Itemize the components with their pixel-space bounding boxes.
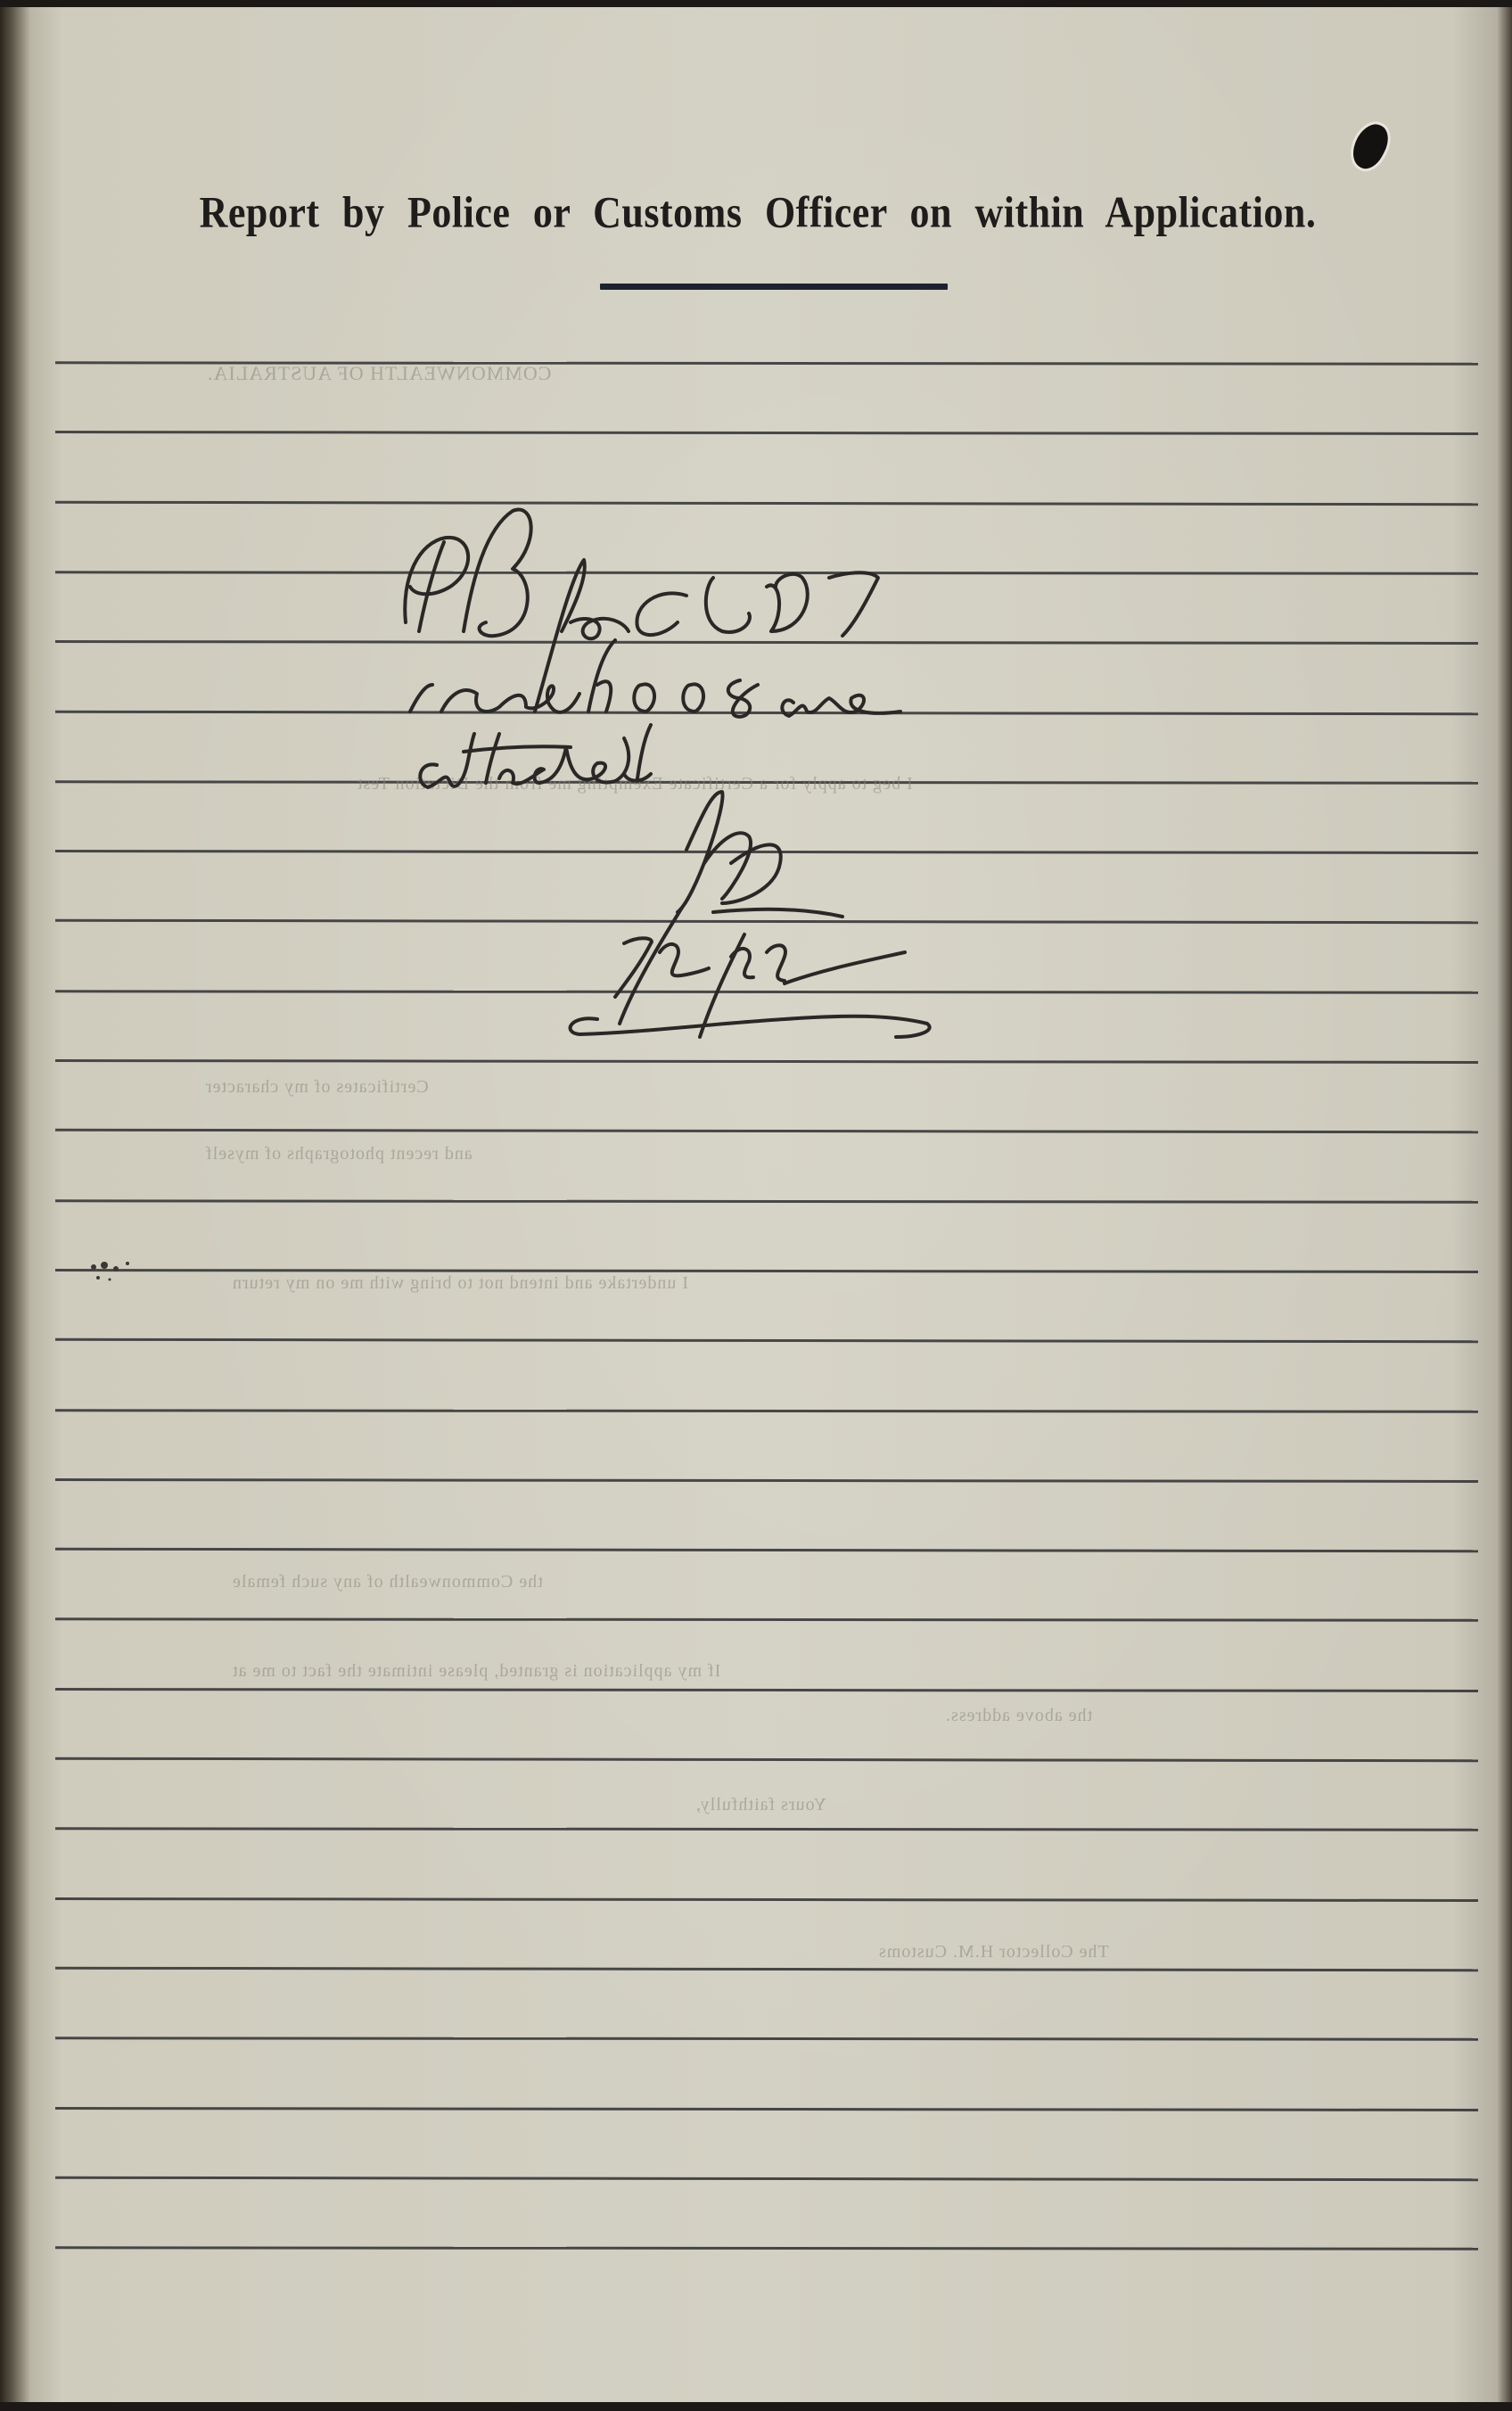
bleed-through-line: the above address. xyxy=(945,1706,1092,1726)
ruled-line xyxy=(55,571,1478,574)
heading-underline-rule xyxy=(600,284,948,290)
ink-speck-marks xyxy=(85,1251,147,1287)
bleed-through-line: the Commonwealth of any such female xyxy=(232,1572,543,1592)
document-page: Report by Police or Customs Officer on w… xyxy=(0,0,1512,2411)
ruled-line xyxy=(55,1338,1478,1344)
ruled-line xyxy=(55,501,1478,506)
ruled-line xyxy=(55,850,1478,854)
ruled-line xyxy=(55,2246,1478,2250)
bleed-through-line: The Collector H.M. Customs xyxy=(878,1942,1109,1963)
ruled-line xyxy=(55,1478,1478,1483)
ruled-line xyxy=(55,2107,1478,2111)
ruled-line xyxy=(55,1548,1478,1553)
bleed-through-line: Certificates of my character xyxy=(205,1077,429,1098)
ruled-line xyxy=(55,431,1478,435)
bleed-through-line: I beg to apply for a Certificate Exempti… xyxy=(357,774,913,794)
ruled-line xyxy=(55,2176,1478,2182)
ruled-line xyxy=(55,1199,1478,1203)
bleed-through-line: Yours faithfully, xyxy=(695,1795,826,1815)
ruled-line xyxy=(55,1757,1478,1763)
ruled-line xyxy=(55,1129,1478,1134)
punch-hole-mark xyxy=(1346,119,1394,174)
ruled-line xyxy=(55,1688,1478,1692)
ruled-line xyxy=(55,919,1478,925)
page-title: Report by Police or Customs Officer on w… xyxy=(134,187,1382,238)
bleed-through-line: I undertake and intend not to bring with… xyxy=(232,1273,688,1294)
ruled-line xyxy=(55,2037,1478,2040)
bleed-through-line: COMMONWEALTH OF AUSTRALIA. xyxy=(207,362,551,385)
ruled-line xyxy=(55,1897,1478,1902)
ruled-line xyxy=(55,1967,1478,1972)
ruled-line xyxy=(55,1617,1478,1621)
ruled-line xyxy=(55,990,1478,993)
ruled-line xyxy=(55,1827,1478,1831)
ruled-line xyxy=(55,1409,1478,1412)
ruled-line xyxy=(55,1059,1478,1064)
bleed-through-line: and recent photographs of myself xyxy=(205,1144,472,1164)
ruled-line xyxy=(55,640,1478,645)
bleed-through-line: If my application is granted, please int… xyxy=(232,1661,720,1682)
ruled-line xyxy=(55,711,1478,716)
